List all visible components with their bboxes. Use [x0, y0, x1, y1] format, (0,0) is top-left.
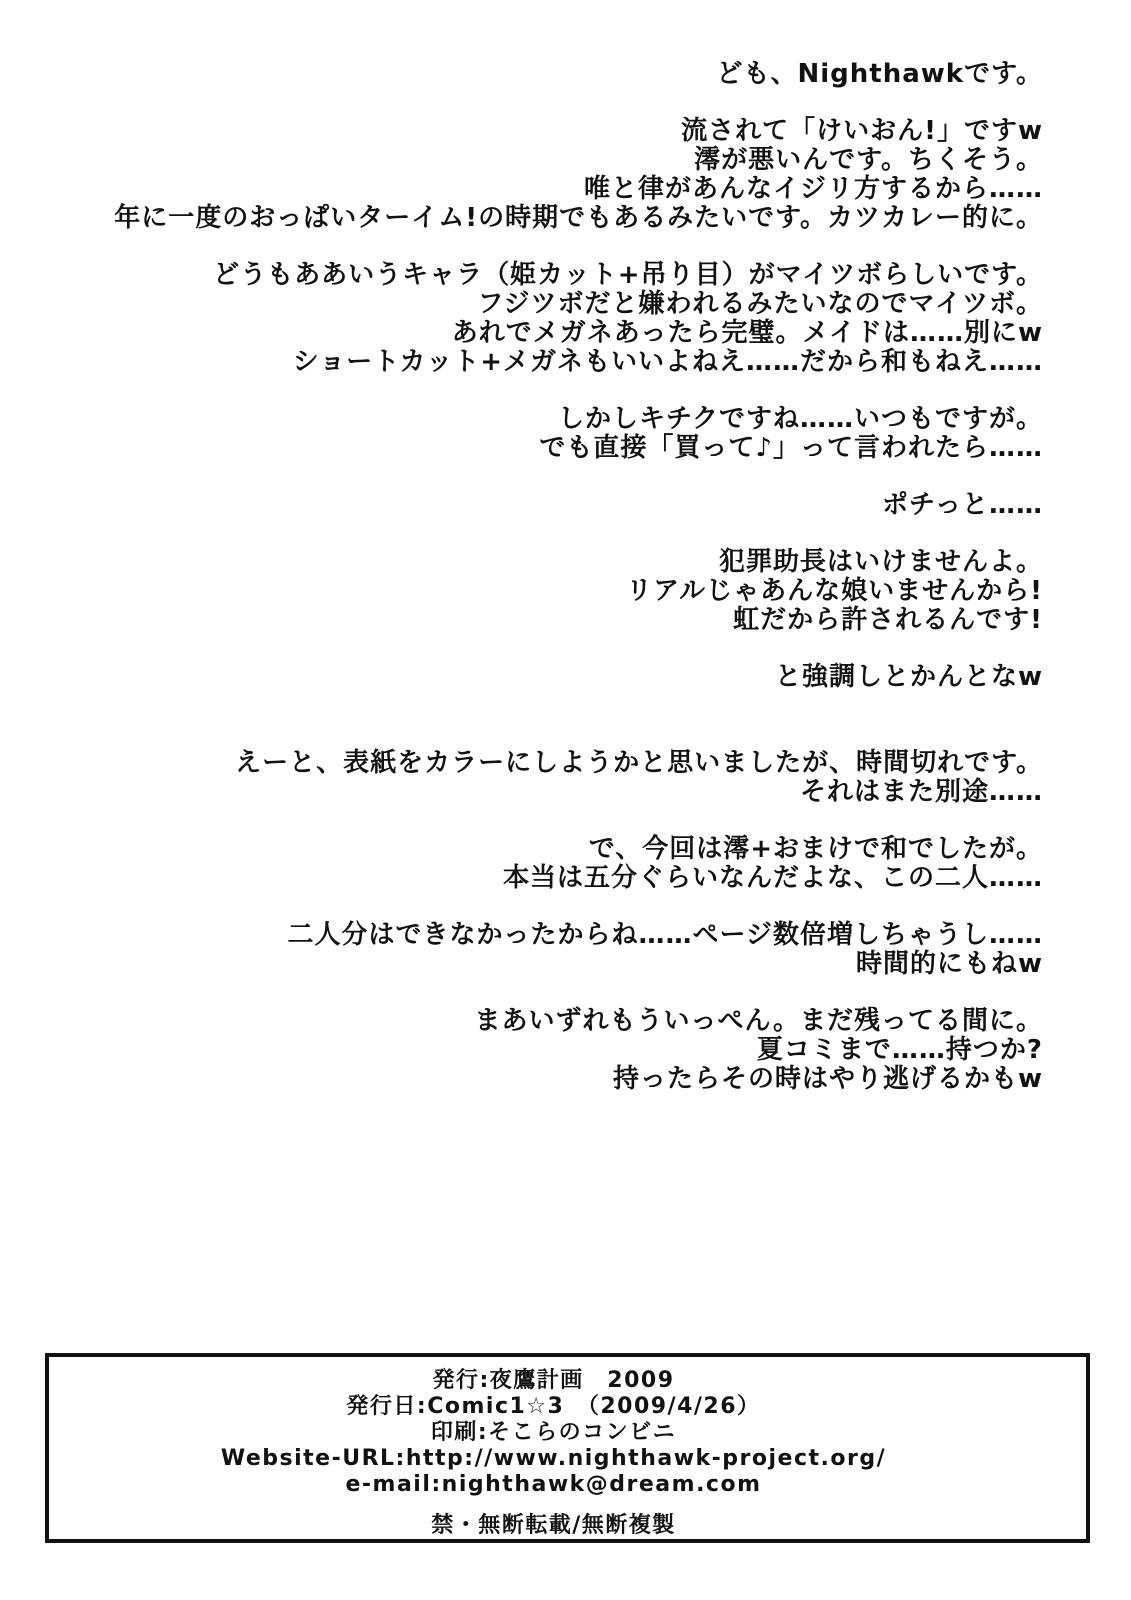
afterword-line: 唯と律があんなイジリ方するから…… [20, 175, 1043, 204]
colophon-printing: 印刷:そこらのコンビニ [49, 1420, 1058, 1446]
afterword-line: どうもああいうキャラ（姫カット+吊り目）がマイツボらしいです。 [20, 261, 1043, 290]
afterword-paragraph: まあいずれもういっぺん。まだ残ってる間に。 夏コミまで……持つか? 持ったらその… [20, 1007, 1043, 1094]
afterword-line: 本当は五分ぐらいなんだよな、この二人…… [20, 864, 1043, 893]
afterword-line: えーと、表紙をカラーにしようかと思いましたが、時間切れです。 [20, 749, 1043, 778]
afterword-line: リアルじゃあんな娘いませんから! [20, 577, 1043, 606]
afterword-line: で、今回は澪+おまけで和でしたが。 [20, 835, 1043, 864]
afterword-paragraph: えーと、表紙をカラーにしようかと思いましたが、時間切れです。 それはまた別途…… [20, 749, 1043, 807]
afterword-paragraph: 犯罪助長はいけませんよ。 リアルじゃあんな娘いませんから! 虹だから許されるんで… [20, 548, 1043, 635]
colophon-website-url: Website-URL:http://www.nighthawk-project… [49, 1446, 1058, 1472]
afterword-line: 犯罪助長はいけませんよ。 [20, 548, 1043, 577]
afterword-line: 持ったらその時はやり逃げるかもw [20, 1065, 1043, 1094]
afterword-line: あれでメガネあったら完璧。メイドは……別にw [20, 319, 1043, 348]
afterword-line: 澪が悪いんです。ちくそう。 [20, 146, 1043, 175]
afterword-line: 夏コミまで……持つか? [20, 1036, 1043, 1065]
afterword-line: フジツボだと嫌われるみたいなのでマイツボ。 [20, 290, 1043, 319]
colophon-reprint-notice: 禁・無断転載/無断複製 [49, 1513, 1058, 1539]
afterword-line: それはまた別途…… [20, 778, 1043, 807]
afterword-line: まあいずれもういっぺん。まだ残ってる間に。 [20, 1007, 1043, 1036]
afterword-line: 二人分はできなかったからね……ページ数倍増しちゃうし…… [20, 921, 1043, 950]
colophon-box: 発行:夜鷹計画 2009 発行日:Comic1☆3 （2009/4/26） 印刷… [45, 1353, 1090, 1543]
afterword-line: ども、Nighthawkです。 [20, 60, 1043, 89]
afterword-line: ポチっと…… [20, 491, 1043, 520]
afterword-paragraph: 流されて「けいおん!」ですw 澪が悪いんです。ちくそう。 唯と律があんなイジリ方… [20, 117, 1043, 233]
afterword-line: しかしキチクですね……いつもですが。 [20, 405, 1043, 434]
afterword-line: と強調しとかんとなw [20, 663, 1043, 692]
afterword-paragraph: しかしキチクですね……いつもですが。 でも直接「買って♪」って言われたら…… [20, 405, 1043, 463]
afterword-line: 流されて「けいおん!」ですw [20, 117, 1043, 146]
afterword-paragraph: 二人分はできなかったからね……ページ数倍増しちゃうし…… 時間的にもねw [20, 921, 1043, 979]
afterword-paragraph: ポチっと…… [20, 491, 1043, 520]
afterword-paragraph: ども、Nighthawkです。 [20, 60, 1043, 89]
afterword-line: 虹だから許されるんです! [20, 606, 1043, 635]
scanned-afterword-page: { "page": { "background": "#ffffff", "te… [0, 0, 1131, 1600]
afterword-line: 年に一度のおっぱいターイム!の時期でもあるみたいです。カツカレー的に。 [20, 204, 1043, 233]
afterword-paragraph: で、今回は澪+おまけで和でしたが。 本当は五分ぐらいなんだよな、この二人…… [20, 835, 1043, 893]
afterword-line: ショートカット+メガネもいいよねえ……だから和もねえ…… [20, 348, 1043, 377]
colophon-publisher: 発行:夜鷹計画 2009 [49, 1368, 1058, 1394]
afterword-paragraph: どうもああいうキャラ（姫カット+吊り目）がマイツボらしいです。 フジツボだと嫌わ… [20, 261, 1043, 377]
colophon-email: e-mail:nighthawk@dream.com [49, 1472, 1058, 1498]
afterword-line: でも直接「買って♪」って言われたら…… [20, 434, 1043, 463]
afterword-paragraph: と強調しとかんとなw [20, 663, 1043, 692]
afterword-line: 時間的にもねw [20, 950, 1043, 979]
colophon-publish-date: 発行日:Comic1☆3 （2009/4/26） [49, 1394, 1058, 1420]
afterword-text: ども、Nighthawkです。 流されて「けいおん!」ですw 澪が悪いんです。ち… [20, 60, 1043, 1094]
